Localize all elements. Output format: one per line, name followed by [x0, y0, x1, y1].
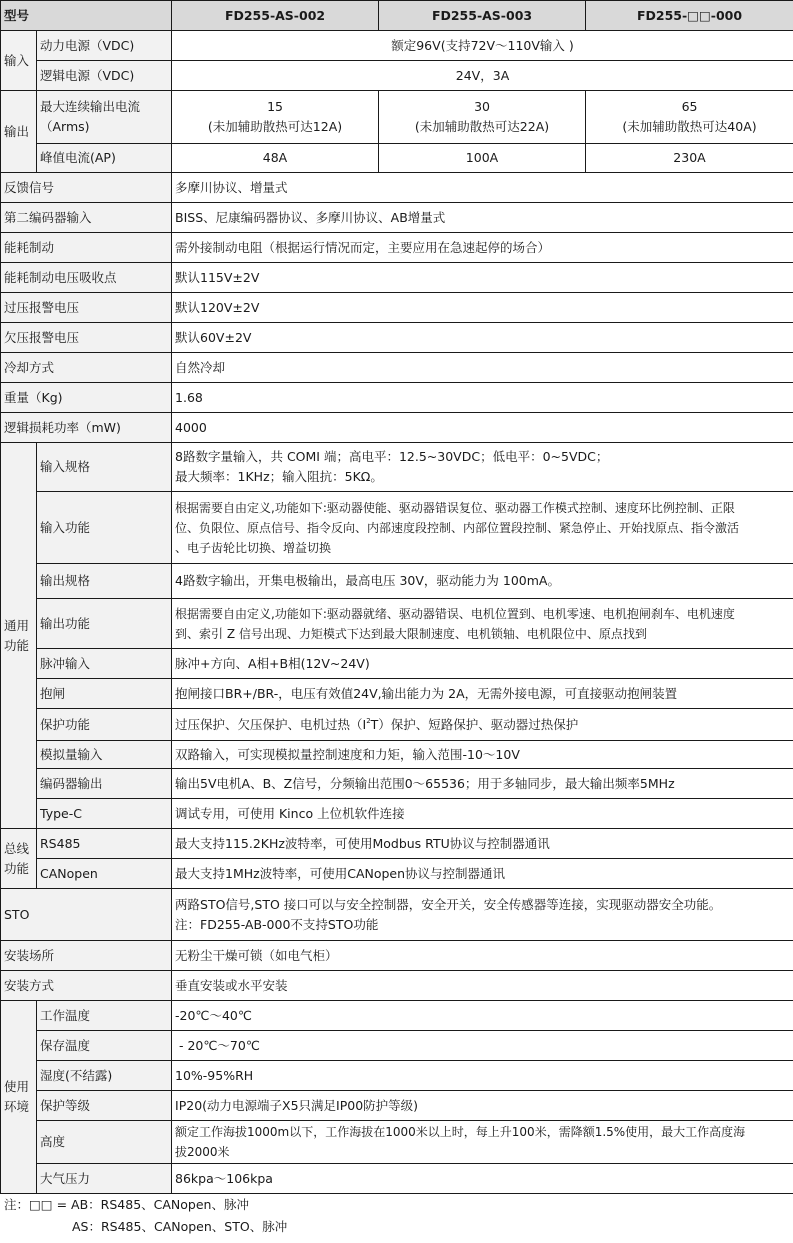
value-text: T）保护、短路保护、驱动器过热保护 [371, 717, 579, 732]
row-label: Type-C [37, 799, 172, 829]
table-row: 过压报警电压默认120V±2V [1, 293, 793, 323]
row-value: 15 (未加辅助散热可达12A) [172, 91, 379, 144]
row-label: 脉冲输入 [37, 649, 172, 679]
group-input: 输入 [1, 31, 37, 91]
row-label-line: 最大连续输出电流 [40, 97, 168, 117]
row-value: 根据需要自由定义,功能如下:驱动器就绪、驱动器错误、电机位置到、电机零速、电机抱… [172, 599, 793, 649]
table-row: 通用 功能 输入规格 8路数字量输入，共 COMI 端；高电平：12.5~30V… [1, 443, 793, 492]
row-value: 垂直安装或水平安装 [172, 971, 793, 1001]
value-line: 注：FD255-AB-000不支持STO功能 [175, 915, 790, 935]
group-label-line: 使用 [4, 1077, 33, 1097]
model-col-3: FD255-□□-000 [586, 1, 793, 31]
table-row: 逻辑损耗功率（mW)4000 [1, 413, 793, 443]
row-value: 双路输入，可实现模拟量控制速度和力矩，输入范围-10～10V [172, 741, 793, 769]
table-row: 安装方式垂直安装或水平安装 [1, 971, 793, 1001]
value-line: 拔2000米 [175, 1142, 790, 1162]
row-label: 高度 [37, 1121, 172, 1164]
row-label: 能耗制动 [1, 233, 172, 263]
row-value: 调试专用，可使用 Kinco 上位机软件连接 [172, 799, 793, 829]
table-row: STO 两路STO信号,STO 接口可以与安全控制器，安全开关，安全传感器等连接… [1, 889, 793, 941]
row-value: 默认115V±2V [172, 263, 793, 293]
row-value: 4000 [172, 413, 793, 443]
footnote: 注：□□ = AB：RS485、CANopen、脉冲 AS：RS485、CANo… [0, 1194, 793, 1238]
row-label: 模拟量输入 [37, 741, 172, 769]
footnote-line-1: 注：□□ = AB：RS485、CANopen、脉冲 [4, 1194, 793, 1216]
row-label: 大气压力 [37, 1164, 172, 1194]
row-value: 65 (未加辅助散热可达40A) [586, 91, 793, 144]
row-label: 安装方式 [1, 971, 172, 1001]
value-line: 位、负限位、原点信号、指令反向、内部速度段控制、内部位置段控制、紧急停止、开始找… [175, 518, 790, 538]
row-label: 欠压报警电压 [1, 323, 172, 353]
value-note: (未加辅助散热可达22A) [382, 117, 582, 137]
group-label-line: 环境 [4, 1097, 33, 1117]
group-label-line: 总线 [4, 839, 33, 859]
table-row: 模拟量输入 双路输入，可实现模拟量控制速度和力矩，输入范围-10～10V [1, 741, 793, 769]
value-line: 根据需要自由定义,功能如下:驱动器就绪、驱动器错误、电机位置到、电机零速、电机抱… [175, 604, 790, 624]
row-label: 抱闸 [37, 679, 172, 709]
value-line: 8路数字量输入，共 COMI 端；高电平：12.5~30VDC；低电平：0~5V… [175, 447, 790, 467]
model-header-label: 型号 [1, 1, 172, 31]
row-label: 输出规格 [37, 564, 172, 599]
table-row: 欠压报警电压默认60V±2V [1, 323, 793, 353]
row-label: 最大连续输出电流 （Arms) [37, 91, 172, 144]
group-output: 输出 [1, 91, 37, 173]
row-value: 10%-95%RH [172, 1061, 793, 1091]
row-label: 过压报警电压 [1, 293, 172, 323]
table-row: 输入功能 根据需要自由定义,功能如下:驱动器使能、驱动器错误复位、驱动器工作模式… [1, 492, 793, 564]
value-main: 15 [175, 97, 375, 117]
row-value: 无粉尘干燥可锁（如电气柜） [172, 941, 793, 971]
spec-table: 型号 FD255-AS-002 FD255-AS-003 FD255-□□-00… [0, 0, 793, 1194]
row-label: 动力电源（VDC) [37, 31, 172, 61]
value-note: (未加辅助散热可达12A) [175, 117, 375, 137]
row-value: BISS、尼康编码器协议、多摩川协议、AB增量式 [172, 203, 793, 233]
table-row: 保存温度 - 20℃～70℃ [1, 1031, 793, 1061]
table-row: 输出功能 根据需要自由定义,功能如下:驱动器就绪、驱动器错误、电机位置到、电机零… [1, 599, 793, 649]
table-row: 使用 环境 工作温度 -20℃～40℃ [1, 1001, 793, 1031]
row-value: 48A [172, 144, 379, 173]
row-label: CANopen [37, 859, 172, 889]
value-main: 30 [382, 97, 582, 117]
row-label: 保护等级 [37, 1091, 172, 1121]
row-label: 编码器输出 [37, 769, 172, 799]
value-text: 过压保护、欠压保护、电机过热（I [175, 717, 366, 732]
group-environment: 使用 环境 [1, 1001, 37, 1194]
row-label: 峰值电流(AP) [37, 144, 172, 173]
table-row: 保护等级 IP20(动力电源端子X5只满足IP00防护等级) [1, 1091, 793, 1121]
row-value: 脉冲+方向、A相+B相(12V~24V) [172, 649, 793, 679]
row-label: 能耗制动电压吸收点 [1, 263, 172, 293]
value-line: 最大频率：1KHz；输入阻抗：5KΩ。 [175, 467, 790, 487]
row-label: 逻辑电源（VDC) [37, 61, 172, 91]
row-value: 1.68 [172, 383, 793, 413]
row-label: 湿度(不结露) [37, 1061, 172, 1091]
table-row: 能耗制动电压吸收点默认115V±2V [1, 263, 793, 293]
row-value: 8路数字量输入，共 COMI 端；高电平：12.5~30VDC；低电平：0~5V… [172, 443, 793, 492]
row-label: 冷却方式 [1, 353, 172, 383]
row-value: 输出5V电机A、B、Z信号，分频输出范围0～65536；用于多轴同步，最大输出频… [172, 769, 793, 799]
row-label: 反馈信号 [1, 173, 172, 203]
row-value: 86kpa～106kpa [172, 1164, 793, 1194]
table-row: 总线 功能 RS485 最大支持115.2KHz波特率，可使用Modbus RT… [1, 829, 793, 859]
table-row: 安装场所无粉尘干燥可锁（如电气柜） [1, 941, 793, 971]
row-value: 24V，3A [172, 61, 793, 91]
row-value: 默认60V±2V [172, 323, 793, 353]
table-row: 输出规格 4路数字输出，开集电极输出，最高电压 30V，驱动能力为 100mA。 [1, 564, 793, 599]
row-value: 30 (未加辅助散热可达22A) [379, 91, 586, 144]
row-value: 多摩川协议、增量式 [172, 173, 793, 203]
table-row: 大气压力 86kpa～106kpa [1, 1164, 793, 1194]
value-line: 根据需要自由定义,功能如下:驱动器使能、驱动器错误复位、驱动器工作模式控制、速度… [175, 498, 790, 518]
footnote-line-2: AS：RS485、CANopen、STO、脉冲 [4, 1216, 793, 1238]
value-line: 到、索引 Z 信号出现、力矩模式下达到最大限制速度、电机锁轴、电机限位中、原点找… [175, 624, 790, 644]
table-row: 重量（Kg)1.68 [1, 383, 793, 413]
row-value: 默认120V±2V [172, 293, 793, 323]
row-label: 第二编码器输入 [1, 203, 172, 233]
row-value: 4路数字输出，开集电极输出，最高电压 30V，驱动能力为 100mA。 [172, 564, 793, 599]
row-value: 需外接制动电阻（根据运行情况而定，主要应用在急速起停的场合） [172, 233, 793, 263]
row-value: 100A [379, 144, 586, 173]
table-row: 编码器输出 输出5V电机A、B、Z信号，分频输出范围0～65536；用于多轴同步… [1, 769, 793, 799]
row-value: 自然冷却 [172, 353, 793, 383]
value-main: 65 [589, 97, 790, 117]
value-note: (未加辅助散热可达40A) [589, 117, 790, 137]
table-row: 峰值电流(AP) 48A 100A 230A [1, 144, 793, 173]
row-value: 额定工作海拔1000m以下，工作海拔在1000米以上时，每上升100米，需降额1… [172, 1121, 793, 1164]
group-label-line: 功能 [4, 859, 33, 879]
row-label: 逻辑损耗功率（mW) [1, 413, 172, 443]
row-label: 安装场所 [1, 941, 172, 971]
row-label: 输入功能 [37, 492, 172, 564]
table-row: 能耗制动需外接制动电阻（根据运行情况而定，主要应用在急速起停的场合） [1, 233, 793, 263]
value-line: 额定工作海拔1000m以下，工作海拔在1000米以上时，每上升100米，需降额1… [175, 1122, 790, 1142]
row-label-line: （Arms) [40, 117, 168, 137]
row-value: 过压保护、欠压保护、电机过热（I2T）保护、短路保护、驱动器过热保护 [172, 709, 793, 741]
row-value: 最大支持1MHz波特率，可使用CANopen协议与控制器通讯 [172, 859, 793, 889]
row-value: 额定96V(支持72V～110V输入 ) [172, 31, 793, 61]
row-label: 保护功能 [37, 709, 172, 741]
group-label-line: 通用 [4, 616, 33, 636]
model-col-1: FD255-AS-002 [172, 1, 379, 31]
group-bus: 总线 功能 [1, 829, 37, 889]
row-value: 两路STO信号,STO 接口可以与安全控制器，安全开关，安全传感器等连接，实现驱… [172, 889, 793, 941]
table-row: 第二编码器输入BISS、尼康编码器协议、多摩川协议、AB增量式 [1, 203, 793, 233]
row-value: 抱闸接口BR+/BR-，电压有效值24V,输出能力为 2A，无需外接电源，可直接… [172, 679, 793, 709]
row-value: -20℃～40℃ [172, 1001, 793, 1031]
row-value: 最大支持115.2KHz波特率，可使用Modbus RTU协议与控制器通讯 [172, 829, 793, 859]
table-row: CANopen 最大支持1MHz波特率，可使用CANopen协议与控制器通讯 [1, 859, 793, 889]
row-label: 输出功能 [37, 599, 172, 649]
group-general: 通用 功能 [1, 443, 37, 829]
row-value: 230A [586, 144, 793, 173]
row-label: 输入规格 [37, 443, 172, 492]
table-row: 湿度(不结露) 10%-95%RH [1, 1061, 793, 1091]
row-label: 工作温度 [37, 1001, 172, 1031]
group-label-line: 功能 [4, 636, 33, 656]
table-row: 反馈信号多摩川协议、增量式 [1, 173, 793, 203]
value-line: 两路STO信号,STO 接口可以与安全控制器，安全开关，安全传感器等连接，实现驱… [175, 895, 790, 915]
row-value: - 20℃～70℃ [172, 1031, 793, 1061]
table-row: 保护功能 过压保护、欠压保护、电机过热（I2T）保护、短路保护、驱动器过热保护 [1, 709, 793, 741]
model-col-2: FD255-AS-003 [379, 1, 586, 31]
row-value: 根据需要自由定义,功能如下:驱动器使能、驱动器错误复位、驱动器工作模式控制、速度… [172, 492, 793, 564]
row-label: STO [1, 889, 172, 941]
row-label: RS485 [37, 829, 172, 859]
row-value: IP20(动力电源端子X5只满足IP00防护等级) [172, 1091, 793, 1121]
table-row: 高度 额定工作海拔1000m以下，工作海拔在1000米以上时，每上升100米，需… [1, 1121, 793, 1164]
table-row: 逻辑电源（VDC) 24V，3A [1, 61, 793, 91]
row-label: 保存温度 [37, 1031, 172, 1061]
row-label: 重量（Kg) [1, 383, 172, 413]
table-row: 抱闸 抱闸接口BR+/BR-，电压有效值24V,输出能力为 2A，无需外接电源，… [1, 679, 793, 709]
table-row: 脉冲输入 脉冲+方向、A相+B相(12V~24V) [1, 649, 793, 679]
table-row: 输入 动力电源（VDC) 额定96V(支持72V～110V输入 ) [1, 31, 793, 61]
table-row: 冷却方式自然冷却 [1, 353, 793, 383]
table-row: Type-C 调试专用，可使用 Kinco 上位机软件连接 [1, 799, 793, 829]
header-row: 型号 FD255-AS-002 FD255-AS-003 FD255-□□-00… [1, 1, 793, 31]
value-line: 、电子齿轮比切换、增益切换 [175, 538, 790, 558]
table-row: 输出 最大连续输出电流 （Arms) 15 (未加辅助散热可达12A) 30 (… [1, 91, 793, 144]
